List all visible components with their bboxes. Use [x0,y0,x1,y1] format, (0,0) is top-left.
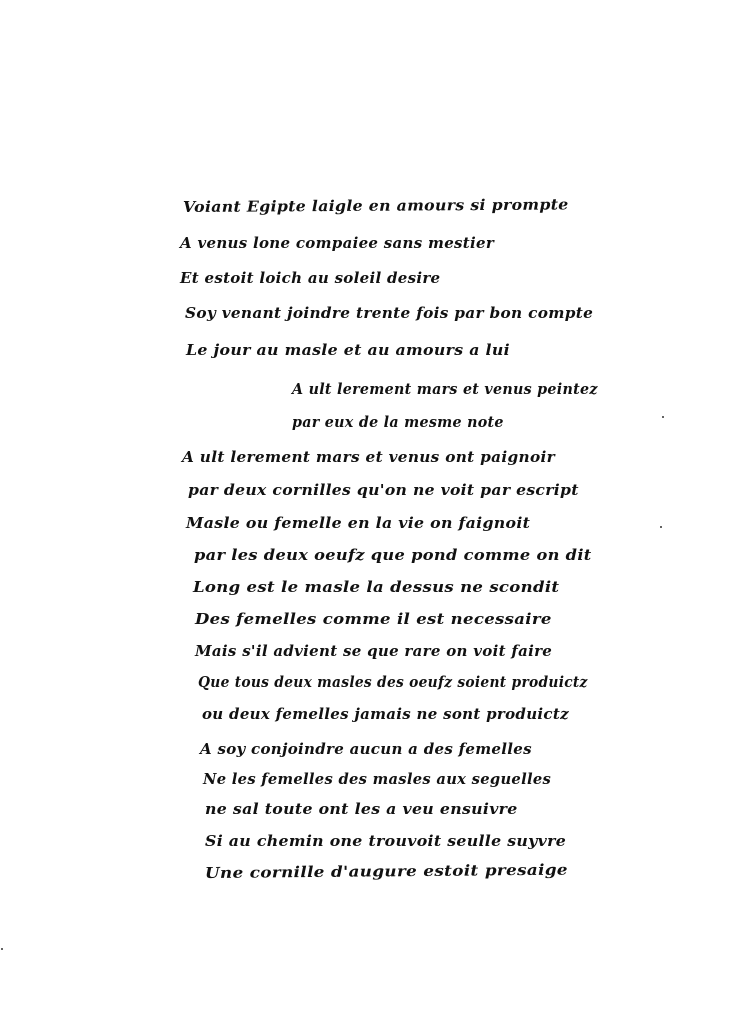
manuscript-line-19: ne sal toute ont les a veu ensuivre [205,800,518,818]
manuscript-line-12: Long est le masle la dessus ne scondit [193,578,559,596]
manuscript-line-8: A ult lerement mars et venus ont paignoi… [182,448,555,466]
manuscript-line-18: Ne les femelles des masles aux seguelles [203,770,551,788]
manuscript-line-3: Et estoit loich au soleil desire [180,269,440,287]
manuscript-line-20: Si au chemin one trouvoit seulle suyvre [205,832,566,850]
scan-speck [660,526,662,528]
manuscript-line-6: A ult lerement mars et venus peintez [292,380,598,398]
manuscript-line-1: Voiant Egipte laigle en amours si prompt… [183,195,569,216]
scan-speck [662,416,664,418]
manuscript-line-13: Des femelles comme il est necessaire [195,610,552,628]
manuscript-line-11: par les deux oeufz que pond comme on dit [194,546,592,564]
manuscript-line-9: par deux cornilles qu'on ne voit par esc… [188,481,579,499]
manuscript-line-10: Masle ou femelle en la vie on faignoit [186,514,530,532]
manuscript-line-5: Le jour au masle et au amours a lui [186,341,510,359]
manuscript-page: Voiant Egipte laigle en amours si prompt… [0,0,749,1024]
manuscript-line-7: par eux de la mesme note [292,413,504,431]
manuscript-line-14: Mais s'il advient se que rare on voit fa… [195,642,552,660]
scan-speck [1,948,3,950]
manuscript-line-16: ou deux femelles jamais ne sont produict… [202,705,569,723]
manuscript-line-15: Que tous deux masles des oeufz soient pr… [198,673,588,691]
manuscript-line-4: Soy venant joindre trente fois par bon c… [185,304,593,322]
manuscript-line-2: A venus lone compaiee sans mestier [180,234,494,252]
manuscript-line-21: Une cornille d'augure estoit presaige [205,861,568,882]
manuscript-line-17: A soy conjoindre aucun a des femelles [200,740,532,758]
